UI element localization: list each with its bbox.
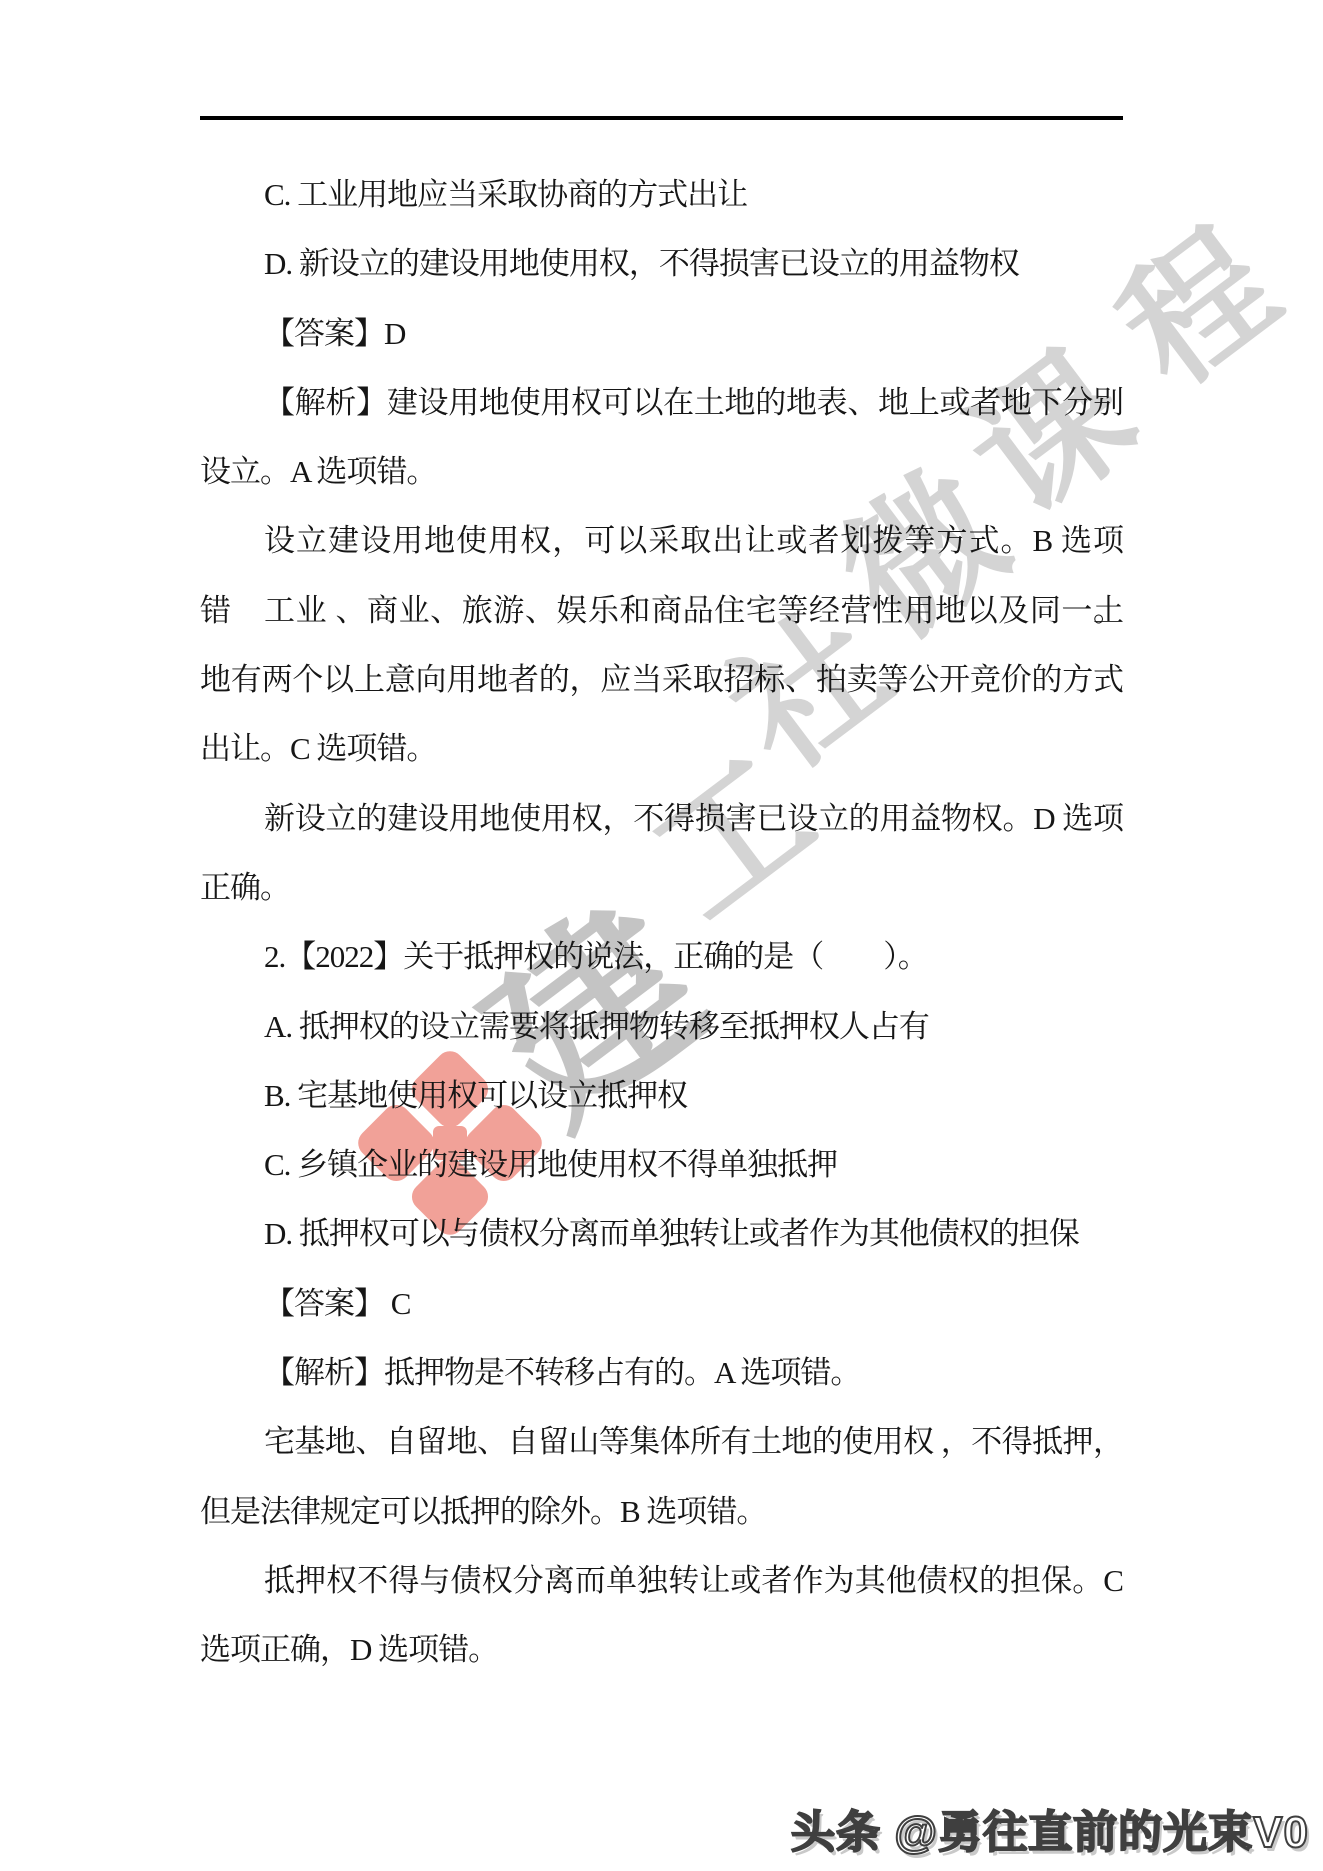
analysis-q1-line4: 工业 、商业、旅游、娱乐和商品住宅等经营性用地以及同一土 (200, 576, 1123, 645)
question-2-stem: 2.【2022】关于抵押权的说法，正确的是（ ）。 (200, 922, 1123, 991)
document-page: 建 工 社 微 课 程 C. 工业用地应当采取协商的方式出让 D. 新设立的建设… (0, 0, 1323, 1871)
analysis-q1-line6: 出让。C 选项错。 (200, 714, 1123, 783)
answer-q1: 【答案】D (200, 299, 1123, 368)
analysis-q2-line3: 但是法律规定可以抵押的除外。B 选项错。 (200, 1477, 1123, 1546)
analysis-q1-line2: 设立。A 选项错。 (200, 437, 1123, 506)
analysis-q2-line1: 【解析】抵押物是不转移占有的。A 选项错。 (200, 1338, 1123, 1407)
toutiao-credit-watermark: 头条 @勇往直前的光束V0 (791, 1796, 1309, 1860)
analysis-q1-line5: 地有两个以上意向用地者的，应当采取招标、拍卖等公开竞价的方式 (200, 645, 1123, 714)
document-body: C. 工业用地应当采取协商的方式出让 D. 新设立的建设用地使用权，不得损害已设… (200, 160, 1123, 1685)
option-d-q2: D. 抵押权可以与债权分离而单独转让或者作为其他债权的担保 (200, 1199, 1123, 1268)
analysis-q2-line2: 宅基地、自留地、自留山等集体所有土地的使用权 ，不得抵押， (200, 1407, 1123, 1476)
analysis-q1-line7: 新设立的建设用地使用权，不得损害已设立的用益物权。D 选项 (200, 784, 1123, 853)
option-c-q2: C. 乡镇企业的建设用地使用权不得单独抵押 (200, 1130, 1123, 1199)
analysis-q2-line5: 选项正确，D 选项错。 (200, 1615, 1123, 1684)
option-c-q1: C. 工业用地应当采取协商的方式出让 (200, 160, 1123, 229)
analysis-q1-line1: 【解析】建设用地使用权可以在土地的地表、地上或者地下分别 (200, 368, 1123, 437)
answer-q2: 【答案】 C (200, 1269, 1123, 1338)
watermark-char: 程 (1100, 210, 1299, 409)
option-b-q2: B. 宅基地使用权可以设立抵押权 (200, 1061, 1123, 1130)
analysis-q1-line8: 正确。 (200, 853, 1123, 922)
analysis-q2-line4: 抵押权不得与债权分离而单独转让或者作为其他债权的担保。C (200, 1546, 1123, 1615)
analysis-q1-line3: 设立建设用地使用权，可以采取出让或者划拨等方式。B 选项错。 (200, 506, 1123, 575)
top-divider (200, 116, 1123, 120)
option-a-q2: A. 抵押权的设立需要将抵押物转移至抵押权人占有 (200, 992, 1123, 1061)
option-d-q1: D. 新设立的建设用地使用权，不得损害已设立的用益物权 (200, 229, 1123, 298)
